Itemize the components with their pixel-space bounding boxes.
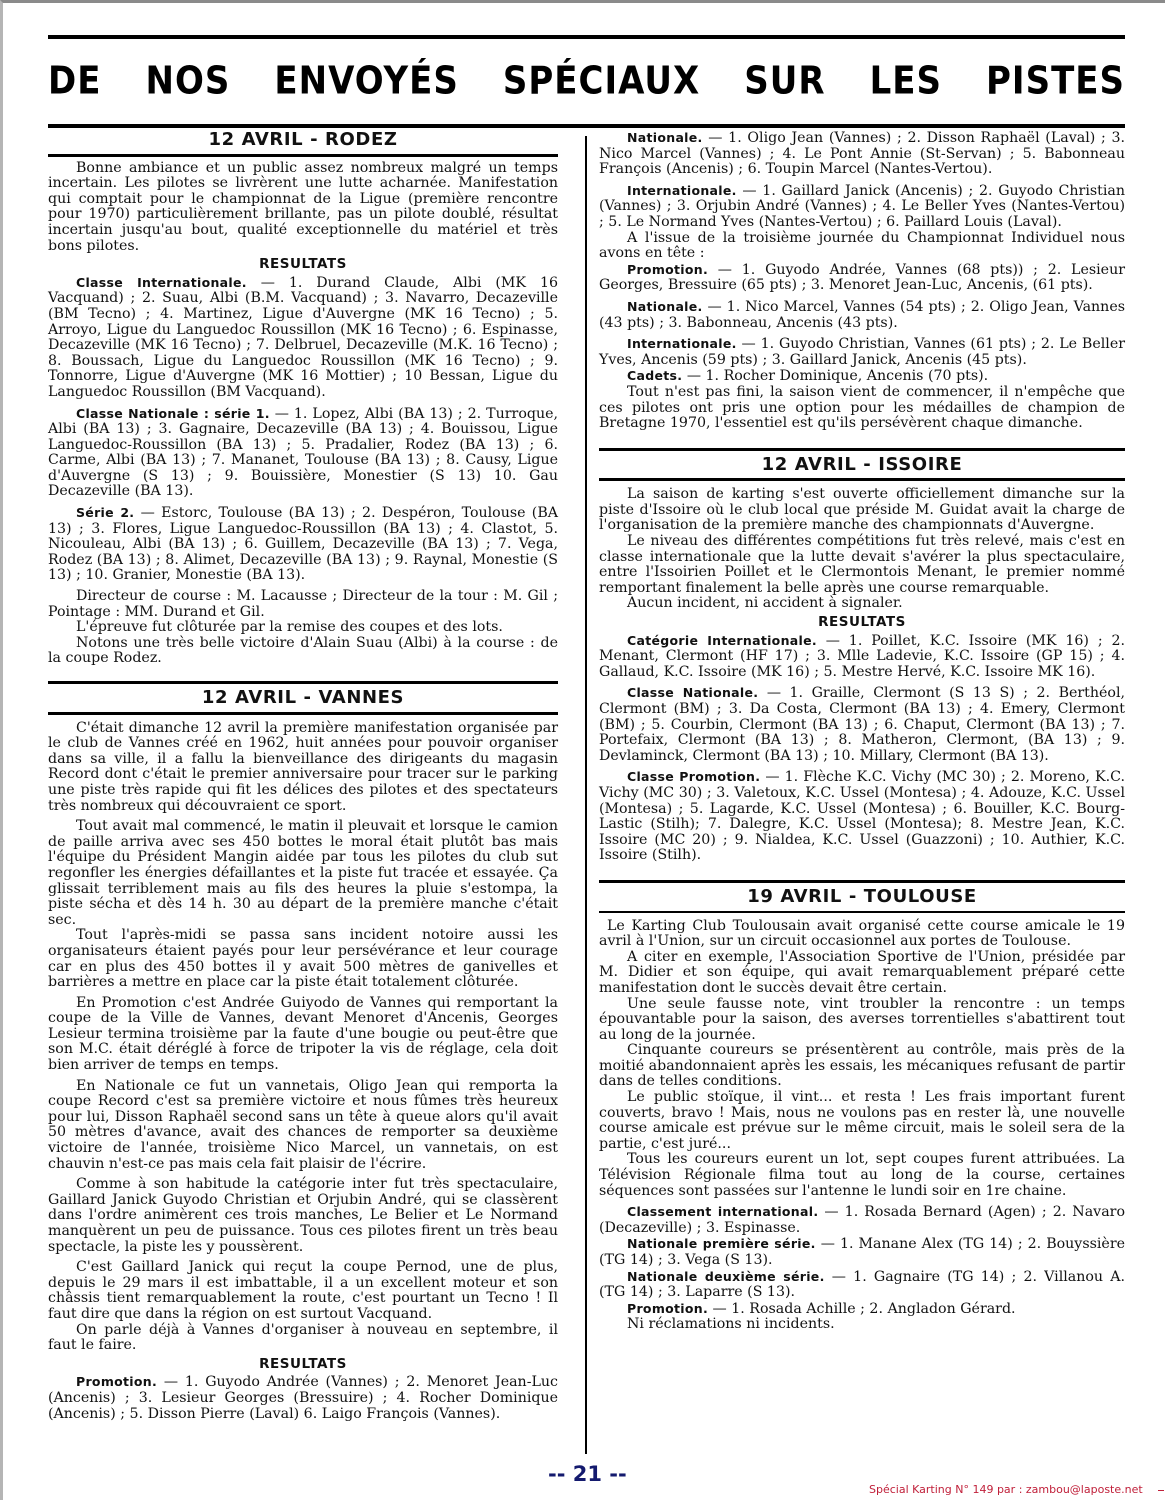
- title-word: ENVOYÉS: [274, 49, 458, 114]
- results-heading: RESULTATS: [48, 257, 558, 273]
- section-rule: [48, 154, 558, 157]
- result-category: Classe Promotion.: [627, 769, 760, 784]
- column-divider: [585, 136, 587, 1454]
- article-paragraph: Tous les coureurs eurent un lot, sept co…: [599, 1152, 1125, 1199]
- article-toulouse: 19 AVRIL - TOULOUSE Le Karting Club Toul…: [599, 880, 1125, 1333]
- title-word: PISTES: [986, 49, 1125, 114]
- result-entry: Nationale. — 1. Oligo Jean (Vannes) ; 2.…: [599, 130, 1125, 178]
- left-column: 12 AVRIL - RODEZ Bonne ambiance et un pu…: [48, 126, 558, 1422]
- result-category: Internationale.: [627, 183, 737, 198]
- result-category: Classe Nationale : série 1.: [76, 406, 270, 421]
- result-category: Promotion.: [627, 1301, 708, 1316]
- result-entry: Classe Promotion. — 1. Flèche K.C. Vichy…: [599, 769, 1125, 864]
- result-category: Classe Internationale.: [76, 275, 247, 290]
- result-entry: Promotion. — 1. Rosada Achille ; 2. Angl…: [599, 1301, 1125, 1318]
- title-word: NOS: [146, 49, 231, 114]
- result-entry: Classement international. — 1. Rosada Be…: [599, 1204, 1125, 1236]
- results-heading: RESULTATS: [599, 615, 1125, 631]
- section-rule: [599, 911, 1125, 913]
- result-category: Série 2.: [76, 505, 134, 520]
- article-paragraph: Le niveau des différentes compétitions f…: [599, 534, 1125, 596]
- section-rule: [599, 478, 1125, 481]
- result-entry: Classe Internationale. — 1. Durand Claud…: [48, 275, 558, 401]
- results-heading: RESULTATS: [48, 1357, 558, 1373]
- result-entry: Classe Nationale. — 1. Graille, Clermont…: [599, 685, 1125, 764]
- article-paragraph: On parle déjà à Vannes d'organiser à nou…: [48, 1323, 558, 1354]
- result-entry: Série 2. — Estorc, Toulouse (BA 13) ; 2.…: [48, 505, 558, 584]
- result-category: Classe Nationale.: [627, 685, 758, 700]
- article-paragraph: C'était dimanche 12 avril la première ma…: [48, 721, 558, 815]
- article-paragraph: A citer en exemple, l'Association Sporti…: [599, 950, 1125, 997]
- result-entry: Internationale. — 1. Gaillard Janick (An…: [599, 183, 1125, 231]
- result-entry: Nationale deuxième série. — 1. Gagnaire …: [599, 1269, 1125, 1301]
- article-paragraph: En Promotion c'est Andrée Guiyodo de Van…: [48, 996, 558, 1074]
- section-rule: [48, 712, 558, 715]
- article-paragraph: Tout n'est pas fini, la saison vient de …: [599, 385, 1125, 432]
- standings-category: Internationale.: [627, 336, 737, 351]
- section-title: 12 AVRIL - ISSOIRE: [599, 451, 1125, 479]
- article-paragraph: C'est Gaillard Janick qui reçut la coupe…: [48, 1260, 558, 1322]
- section-title: 12 AVRIL - VANNES: [48, 684, 558, 712]
- right-column: Nationale. — 1. Oligo Jean (Vannes) ; 2.…: [599, 130, 1125, 1333]
- credit-line: Spécial Karting N° 149 par : zambou@lapo…: [869, 1483, 1143, 1496]
- section-title: 19 AVRIL - TOULOUSE: [599, 883, 1125, 911]
- article-paragraph: La saison de karting s'est ouverte offic…: [599, 487, 1125, 534]
- article-paragraph: Une seule fausse note, vint troubler la …: [599, 997, 1125, 1044]
- article-paragraph: Notons une très belle victoire d'Alain S…: [48, 636, 558, 667]
- article-issoire: 12 AVRIL - ISSOIRE La saison de karting …: [599, 448, 1125, 864]
- page-number: -- 21 --: [548, 1462, 627, 1486]
- article-paragraph: Directeur de course : M. Lacausse ; Dire…: [48, 589, 558, 620]
- masthead-top-rule: [48, 35, 1125, 39]
- result-entry: Classe Nationale : série 1. — 1. Lopez, …: [48, 406, 558, 501]
- title-word: SUR: [744, 49, 825, 114]
- result-category: Catégorie Internationale.: [627, 633, 817, 648]
- result-entry: Nationale première série. — 1. Manane Al…: [599, 1236, 1125, 1268]
- result-category: Classement international.: [627, 1204, 818, 1219]
- standings-category: Promotion.: [627, 262, 708, 277]
- article-paragraph: Bonne ambiance et un public assez nombre…: [48, 161, 558, 255]
- result-entry: Promotion. — 1. Guyodo Andrée (Vannes) ;…: [48, 1374, 558, 1422]
- article-paragraph: Le Karting Club Toulousain avait organis…: [599, 919, 1125, 950]
- section-title: 12 AVRIL - RODEZ: [48, 126, 558, 154]
- masthead: DE NOS ENVOYÉS SPÉCIAUX SUR LES PISTES: [48, 35, 1125, 128]
- article-paragraph: L'épreuve fut clôturée par la remise des…: [48, 620, 558, 636]
- title-word: DE: [48, 49, 101, 114]
- article-paragraph: Tout avait mal commencé, le matin il ple…: [48, 819, 558, 928]
- result-category: Promotion.: [76, 1374, 157, 1389]
- title-word: LES: [870, 49, 942, 114]
- standings-entry: Nationale. — 1. Nico Marcel, Vannes (54 …: [599, 299, 1125, 331]
- article-rodez: 12 AVRIL - RODEZ Bonne ambiance et un pu…: [48, 126, 558, 667]
- standings-category: Cadets.: [627, 368, 682, 383]
- article-paragraph: Ni réclamations ni incidents.: [599, 1317, 1125, 1333]
- article-paragraph: Aucun incident, ni accident à signaler.: [599, 596, 1125, 612]
- result-entry: Catégorie Internationale. — 1. Poillet, …: [599, 633, 1125, 681]
- article-paragraph: En Nationale ce fut un vannetais, Oligo …: [48, 1079, 558, 1173]
- credit-underscore: [1158, 1490, 1164, 1491]
- standings-category: Nationale.: [627, 299, 703, 314]
- result-category: Nationale deuxième série.: [627, 1269, 825, 1284]
- result-category: Nationale.: [627, 130, 703, 145]
- article-vannes-continued: Nationale. — 1. Oligo Jean (Vannes) ; 2.…: [599, 130, 1125, 432]
- article-paragraph: A l'issue de la troisième journée du Cha…: [599, 231, 1125, 262]
- title-word: SPÉCIAUX: [503, 49, 700, 114]
- standings-entry: Promotion. — 1. Guyodo Andrée, Vannes (6…: [599, 262, 1125, 294]
- standings-entry: Internationale. — 1. Guyodo Christian, V…: [599, 336, 1125, 368]
- page-title: DE NOS ENVOYÉS SPÉCIAUX SUR LES PISTES: [48, 49, 1125, 114]
- article-paragraph: Tout l'après-midi se passa sans incident…: [48, 928, 558, 990]
- result-category: Nationale première série.: [627, 1236, 816, 1251]
- article-vannes: 12 AVRIL - VANNES C'était dimanche 12 av…: [48, 681, 558, 1422]
- article-paragraph: Cinquante coureurs se présentèrent au co…: [599, 1043, 1125, 1090]
- standings-entry: Cadets. — 1. Rocher Dominique, Ancenis (…: [599, 368, 1125, 385]
- article-paragraph: Le public stoïque, il vint... et resta !…: [599, 1090, 1125, 1152]
- article-paragraph: Comme à son habitude la catégorie inter …: [48, 1177, 558, 1255]
